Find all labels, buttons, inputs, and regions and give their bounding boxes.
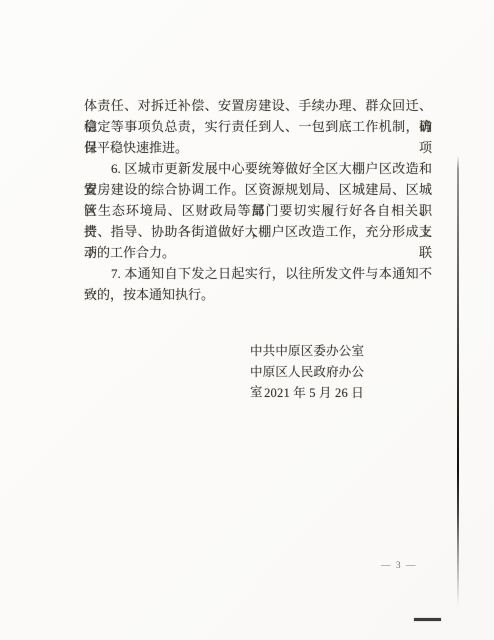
text-line: 区生态环境局、区财政局等部门要切实履行好各自相关职责，支 — [84, 200, 432, 221]
text-line: 致的，按本通知执行。 — [84, 284, 432, 305]
body-paragraph-text: 体责任、对拆迁补偿、安置房建设、手续办理、群众回迁、信访 稳定等事项负总责，实行… — [84, 95, 432, 305]
text-line: 体责任、对拆迁补偿、安置房建设、手续办理、群众回迁、信访 — [84, 95, 432, 116]
scan-bottom-mark-artifact — [414, 618, 441, 621]
issue-date: 2021 年 5 月 26 日 — [250, 383, 364, 404]
text-line: 持、指导、协助各街道做好大棚户区改造工作，充分形成上下联 — [84, 221, 432, 242]
issuing-org-2: 中原区人民政府办公室 — [250, 362, 364, 383]
text-line: 6. 区城市更新发展中心要统筹做好全区大棚户区改造和安 — [84, 158, 432, 179]
text-line: 置房建设的综合协调工作。区资源规划局、区城建局、区城管局、 — [84, 179, 432, 200]
document-page: 体责任、对拆迁补偿、安置房建设、手续办理、群众回迁、信访 稳定等事项负总责，实行… — [0, 0, 494, 640]
signature-block: 中共中原区委办公室 中原区人民政府办公室 2021 年 5 月 26 日 — [250, 341, 364, 404]
issuing-org-1: 中共中原区委办公室 — [250, 341, 364, 362]
page-number: — 3 — — [381, 561, 417, 571]
scan-vertical-line-artifact — [457, 156, 459, 606]
text-line: 稳定等事项负总责，实行责任到人、一包到底工作机制，确保项 — [84, 116, 432, 137]
text-line: 7. 本通知自下发之日起实行，以往所发文件与本通知不一 — [84, 263, 432, 284]
